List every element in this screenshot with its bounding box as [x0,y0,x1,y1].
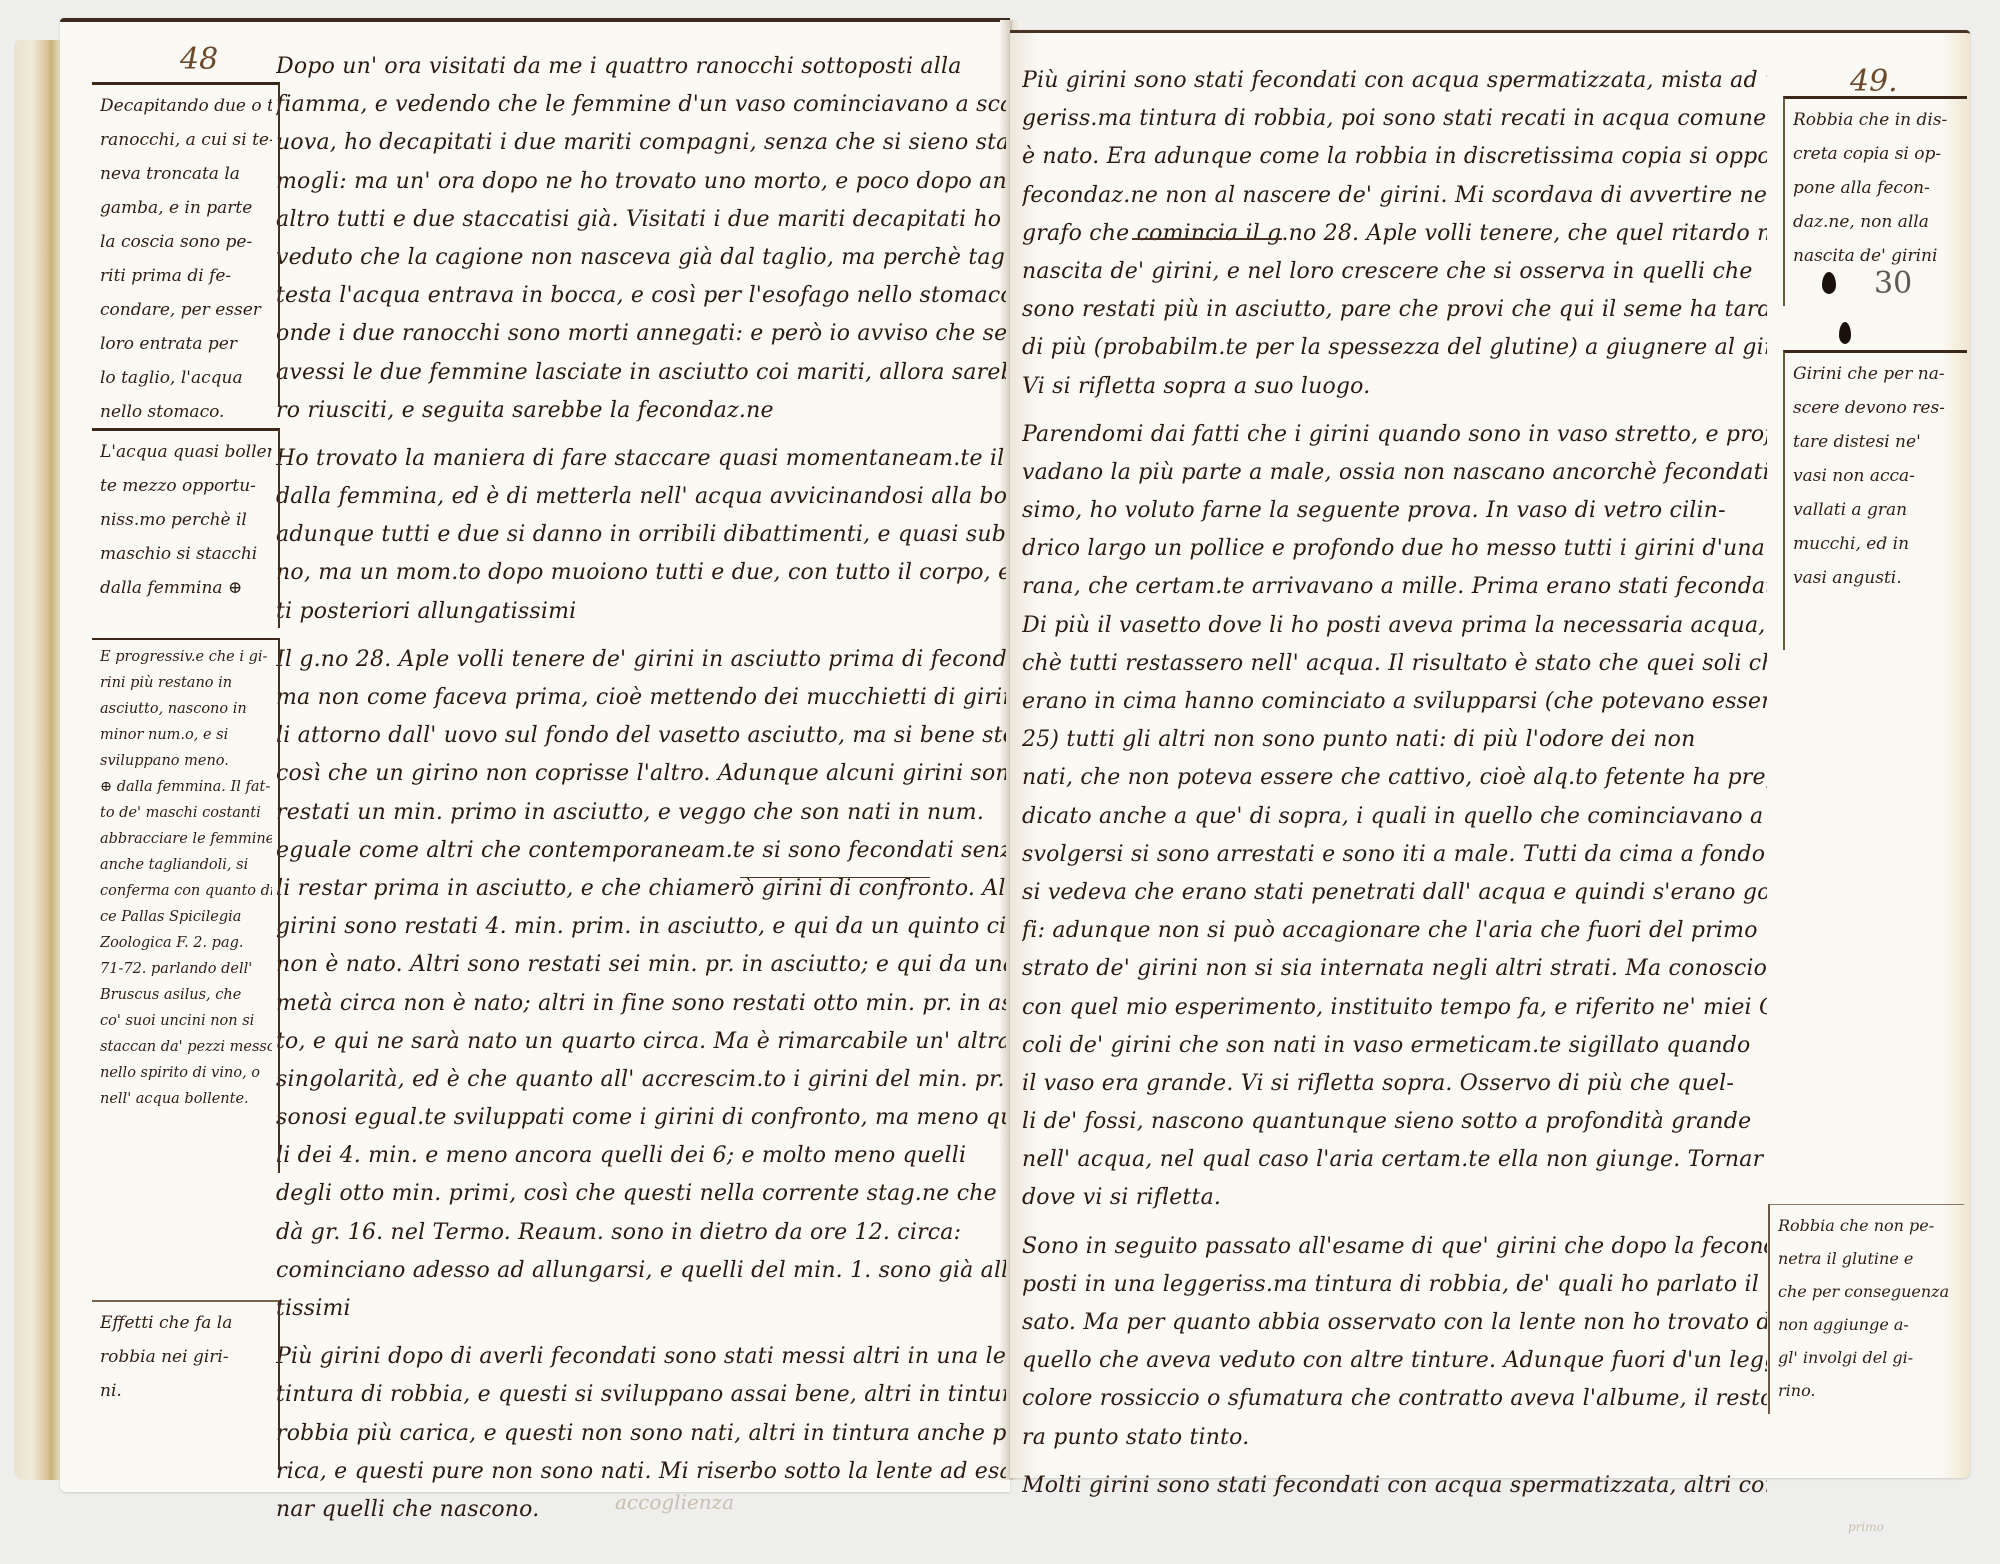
ink-blot [1839,322,1851,344]
manuscript-line: to, e qui ne sarà nato un quarto circa. … [276,1023,1006,1061]
manuscript-line: nascita de' girini, e nel loro crescere … [1022,253,1767,291]
manuscript-line: pone alla fecon- [1793,171,1961,205]
manuscript-line: anche tagliandoli, si [100,852,272,878]
manuscript-line: riti prima di fe- [100,259,272,293]
ink-blot [1822,272,1836,294]
manuscript-line: Più girini dopo di averli fecondati sono… [276,1338,1006,1376]
manuscript-line: onde i due ranocchi sono morti annegati:… [276,315,1006,353]
underline-stroke [740,877,930,878]
manuscript-line: nello spirito di vino, o [100,1060,272,1086]
manuscript-line: ma non come faceva prima, cioè mettendo … [276,679,1006,717]
manuscript-line: geriss.ma tintura di robbia, poi sono st… [1022,100,1767,138]
manuscript-line: daz.ne, non alla [1793,205,1961,239]
manuscript-line: condare, per esser [100,293,272,327]
manuscript-line: 71-72. parlando dell' [100,956,272,982]
manuscript-line: netra il glutine e [1778,1242,1958,1275]
manuscript-line: li attorno dall' uovo sul fondo del vase… [276,717,1006,755]
left-main-text: Dopo un' ora visitati da me i quattro ra… [276,48,1006,1529]
manuscript-line: Il g.no 28. Aple volli tenere de' girini… [276,641,1006,679]
manuscript-line: L'acqua quasi bollen- [100,435,272,469]
archive-folio-stamp: 30 [1874,266,1912,301]
manuscript-line: conferma con quanto di- [100,878,272,904]
manuscript-line: dove vi si rifletta. [1022,1179,1767,1217]
margin-note-madder-glutine: Robbia che non pe-netra il glutine eche … [1768,1204,1964,1414]
manuscript-line: quello che aveva veduto con altre tintur… [1022,1342,1767,1380]
manuscript-line: loro entrata per [100,327,272,361]
manuscript-line: vadano la più parte a male, ossia non na… [1022,454,1767,492]
manuscript-line: Robbia che in dis- [1793,103,1961,137]
manuscript-line: Zoologica F. 2. pag. [100,930,272,956]
manuscript-line: non è nato. Altri sono restati sei min. … [276,946,1006,984]
manuscript-line: rica, e questi pure non sono nati. Mi ri… [276,1453,1006,1491]
manuscript-line: eguale come altri che contemporaneam.te … [276,832,1006,870]
manuscript-line: minor num.o, e si [100,722,272,748]
manuscript-line: Vi si rifletta sopra a suo luogo. [1022,368,1767,406]
manuscript-line: tare distesi ne' [1793,425,1961,459]
manuscript-line: strato de' girini non si sia internata n… [1022,950,1767,988]
manuscript-line: Di più il vasetto dove li ho posti aveva… [1022,607,1767,645]
manuscript-line: coli de' girini che son nati in vaso erm… [1022,1027,1767,1065]
bleed-through-text: accoglienza [615,1490,734,1514]
manuscript-line: ranocchi, a cui si te- [100,123,272,157]
open-notebook: 48 Dopo un' ora visitati da me i quattro… [0,0,2000,1564]
manuscript-line: mogli: ma un' ora dopo ne ho trovato uno… [276,163,1006,201]
manuscript-line: li restar prima in asciutto, e che chiam… [276,870,1006,908]
manuscript-line: testa l'acqua entrava in bocca, e così p… [276,277,1006,315]
manuscript-line: con quel mio esperimento, instituito tem… [1022,989,1767,1027]
manuscript-line: di più (probabilm.te per la spessezza de… [1022,329,1767,367]
manuscript-line: nello stomaco. [100,395,272,429]
manuscript-line: erano in cima hanno cominciato a svilupp… [1022,683,1767,721]
margin-note-madder-effects: Effetti che fa larobbia nei giri-ni. [92,1300,280,1470]
manuscript-line: Ho trovato la maniera di fare staccare q… [276,440,1006,478]
manuscript-line: robbia più carica, e questi non sono nat… [276,1415,1006,1453]
manuscript-line: grafo che comincia il g.no 28. Aple voll… [1022,215,1767,253]
manuscript-line: li de' fossi, nascono quantunque sieno s… [1022,1103,1767,1141]
manuscript-line: Sono in seguito passato all'esame di que… [1022,1228,1767,1266]
manuscript-line: scere devono res- [1793,391,1961,425]
manuscript-line: uova, ho decapitati i due mariti compagn… [276,124,1006,162]
manuscript-line: ⊕ dalla femmina. Il fat- [100,774,272,800]
manuscript-line: metà circa non è nato; altri in fine son… [276,985,1006,1023]
page-number-right: 49. [1850,64,1898,99]
manuscript-line: girini sono restati 4. min. prim. in asc… [276,908,1006,946]
manuscript-line: fecondaz.ne non al nascere de' girini. M… [1022,177,1767,215]
manuscript-line: gl' involgi del gi- [1778,1341,1958,1374]
manuscript-line: degli otto min. primi, così che questi n… [276,1175,1006,1213]
manuscript-line: to de' maschi costanti [100,800,272,826]
manuscript-line: Parendomi dai fatti che i girini quando … [1022,416,1767,454]
manuscript-line: ti posteriori allungatissimi [276,593,1006,631]
margin-note-narrow-vessels: Girini che per na-scere devono res-tare … [1783,350,1967,650]
manuscript-line: nati, che non poteva essere che cattivo,… [1022,759,1767,797]
manuscript-line: staccan da' pezzi messo [100,1034,272,1060]
manuscript-line: restati un min. primo in asciutto, e veg… [276,794,1006,832]
manuscript-line: sonosi egual.te sviluppati come i girini… [276,1099,1006,1137]
manuscript-line: vallati a gran [1793,493,1961,527]
manuscript-line: nell' acqua, nel qual caso l'aria certam… [1022,1141,1767,1179]
manuscript-line: neva troncata la [100,157,272,191]
manuscript-line: robbia nei giri- [100,1340,272,1374]
manuscript-line: Robbia che non pe- [1778,1209,1958,1242]
manuscript-line: non aggiunge a- [1778,1308,1958,1341]
manuscript-line: li dei 4. min. e meno ancora quelli dei … [276,1137,1006,1175]
manuscript-line: dà gr. 16. nel Termo. Reaum. sono in die… [276,1214,1006,1252]
manuscript-line: abbracciare le femmine [100,826,272,852]
manuscript-line: lo taglio, l'acqua [100,361,272,395]
manuscript-line: creta copia si op- [1793,137,1961,171]
manuscript-line: gamba, e in parte [100,191,272,225]
manuscript-line: fiamma, e vedendo che le femmine d'un va… [276,86,1006,124]
manuscript-line: maschio si stacchi [100,537,272,571]
margin-note-dry-tadpoles: E progressiv.e che i gi-rini più restano… [92,638,280,1173]
manuscript-line: chè tutti restassero nell' acqua. Il ris… [1022,645,1767,683]
manuscript-line: Effetti che fa la [100,1306,272,1340]
manuscript-line: asciutto, nascono in [100,696,272,722]
manuscript-line: ra punto stato tinto. [1022,1419,1767,1457]
manuscript-line: così che un girino non coprisse l'altro.… [276,755,1006,793]
manuscript-line: si vedeva che erano stati penetrati dall… [1022,874,1767,912]
manuscript-line: niss.mo perchè il [100,503,272,537]
manuscript-line: singolarità, ed è che quanto all' accres… [276,1061,1006,1099]
manuscript-line: no, ma un mom.to dopo muoiono tutti e du… [276,554,1006,592]
manuscript-line: E progressiv.e che i gi- [100,644,272,670]
manuscript-line: rana, che certam.te arrivavano a mille. … [1022,568,1767,606]
manuscript-line: simo, ho voluto farne la seguente prova.… [1022,492,1767,530]
manuscript-line: dicato anche a que' di sopra, i quali in… [1022,798,1767,836]
manuscript-line: drico largo un pollice e profondo due ho… [1022,530,1767,568]
manuscript-line: cominciano adesso ad allungarsi, e quell… [276,1252,1006,1290]
manuscript-line: rino. [1778,1374,1958,1407]
manuscript-line: ce Pallas Spicilegia [100,904,272,930]
right-main-text: Più girini sono stati fecondati con acqu… [1022,62,1767,1505]
manuscript-line: Bruscus asilus, che [100,982,272,1008]
footer-catchword: primo [1848,1520,1884,1534]
manuscript-line: sono restati più in asciutto, pare che p… [1022,291,1767,329]
manuscript-line: la coscia sono pe- [100,225,272,259]
manuscript-line: sviluppano meno. [100,748,272,774]
manuscript-line: dalla femmina ⊕ [100,571,272,605]
manuscript-line: colore rossiccio o sfumatura che contrat… [1022,1380,1767,1418]
manuscript-line: fi: adunque non si può accagionare che l… [1022,912,1767,950]
manuscript-line: posti in una leggeriss.ma tintura di rob… [1022,1266,1767,1304]
manuscript-line: avessi le due femmine lasciate in asciut… [276,354,1006,392]
manuscript-line: altro tutti e due staccatisi già. Visita… [276,201,1006,239]
manuscript-line: ni. [100,1374,272,1408]
manuscript-line: Molti girini sono stati fecondati con ac… [1022,1467,1767,1505]
manuscript-line: veduto che la cagione non nasceva già da… [276,239,1006,277]
manuscript-line: dalla femmina, ed è di metterla nell' ac… [276,478,1006,516]
manuscript-line: sato. Ma per quanto abbia osservato con … [1022,1304,1767,1342]
margin-note-boiling-water: L'acqua quasi bollen-te mezzo opportu-ni… [92,428,280,628]
manuscript-line: il vaso era grande. Vi si rifletta sopra… [1022,1065,1767,1103]
manuscript-line: vasi non acca- [1793,459,1961,493]
manuscript-line: Dopo un' ora visitati da me i quattro ra… [276,48,1006,86]
page-number-left: 48 [180,42,218,77]
manuscript-line: adunque tutti e due si danno in orribili… [276,516,1006,554]
manuscript-line: tissimi [276,1290,1006,1328]
manuscript-line: tintura di robbia, e questi si sviluppan… [276,1376,1006,1414]
underline-stroke [1132,238,1282,240]
manuscript-line: co' suoi uncini non si [100,1008,272,1034]
manuscript-line: rini più restano in [100,670,272,696]
manuscript-line: ro riusciti, e seguita sarebbe la fecond… [276,392,1006,430]
manuscript-line: Più girini sono stati fecondati con acqu… [1022,62,1767,100]
manuscript-line: Girini che per na- [1793,357,1961,391]
manuscript-line: te mezzo opportu- [100,469,272,503]
manuscript-line: che per conseguenza [1778,1275,1958,1308]
manuscript-line: vasi angusti. [1793,561,1961,595]
manuscript-line: 25) tutti gli altri non sono punto nati:… [1022,721,1767,759]
manuscript-line: svolgersi si sono arrestati e sono iti a… [1022,836,1767,874]
manuscript-line: nell' acqua bollente. [100,1086,272,1112]
manuscript-line: Decapitando due o tre [100,89,272,123]
manuscript-line: mucchi, ed in [1793,527,1961,561]
margin-note-decapitated: Decapitando due o treranocchi, a cui si … [92,82,280,407]
manuscript-line: è nato. Era adunque come la robbia in di… [1022,138,1767,176]
